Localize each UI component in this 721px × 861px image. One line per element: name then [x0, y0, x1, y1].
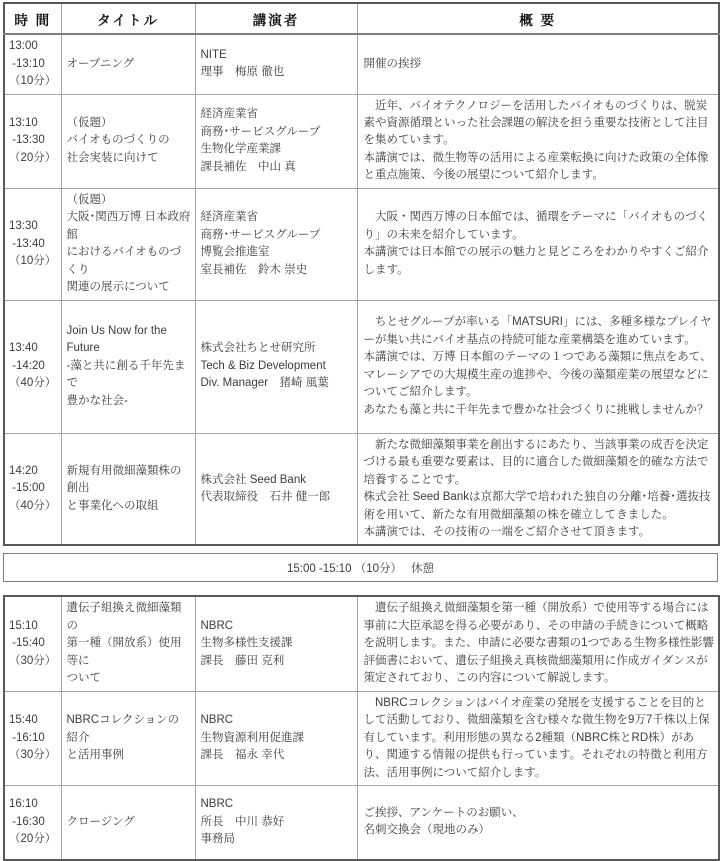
title-cell: NBRCコレクションの紹介 と活用事例 [61, 691, 195, 785]
header-title: タイトル [61, 3, 195, 34]
summary-cell: 開催の挨拶 [357, 34, 719, 94]
summary-cell: ご挨拶、アンケートのお願い、 名刺交換会（現地のみ） [357, 786, 719, 860]
session-row-chitose: 13:40 -14:20 （40分） Join Us Now for the F… [4, 300, 719, 433]
title-cell: オープニング [61, 34, 195, 94]
title-cell: （仮題） バイオものづくりの 社会実装に向けて [61, 94, 195, 188]
session-row-closing: 16:10 -16:30 （20分） クロージング NBRC 所長 中川 恭好 … [4, 786, 719, 860]
schedule-document: 時 間 タイトル 講演者 概 要 13:00 -13:10 （10分） オープニ… [0, 0, 721, 861]
time-cell: 16:10 -16:30 （20分） [4, 786, 61, 860]
summary-cell: 遺伝子組換え微細藻類を第一種（開放系）で使用等する場合には事前に大臣承認を得る必… [357, 596, 719, 691]
session-row-seedbank: 14:20 -15:00 （40分） 新規有用微細藻類株の創出 と事業化への取組… [4, 433, 719, 545]
time-cell: 13:30 -13:40 （10分） [4, 188, 61, 300]
title-cell: クロージング [61, 786, 195, 860]
speaker-cell: 株式会社 Seed Bank 代表取締役 石井 健一郎 [195, 433, 357, 545]
speaker-cell: 株式会社ちとせ研究所 Tech & Biz Development Div. M… [195, 300, 357, 433]
section-gap [3, 582, 718, 595]
summary-cell: NBRCコレクションはバイオ産業の発展を支援することを目的として活動しており、微… [357, 691, 719, 785]
break-row: 15:00 -15:10 （10分） 休憩 [3, 553, 718, 582]
summary-cell: 大阪・関西万博の日本館では、循環をテーマに「バイオものづくり」の未来を紹介してい… [357, 188, 719, 300]
speaker-cell: 経済産業省 商務･サービスグループ 博覧会推進室 室長補佐 鈴木 崇史 [195, 188, 357, 300]
speaker-cell: 経済産業省 商務･サービスグループ 生物化学産業課 課長補佐 中山 真 [195, 94, 357, 188]
time-cell: 15:10 -15:40 （30分） [4, 596, 61, 691]
schedule-table-morning: 時 間 タイトル 講演者 概 要 13:00 -13:10 （10分） オープニ… [3, 2, 720, 546]
speaker-cell: NBRC 所長 中川 恭好 事務局 [195, 786, 357, 860]
time-cell: 14:20 -15:00 （40分） [4, 433, 61, 545]
session-row-nbrc-collection: 15:40 -16:10 （30分） NBRCコレクションの紹介 と活用事例 N… [4, 691, 719, 785]
header-speaker: 講演者 [195, 3, 357, 34]
speaker-cell: NBRC 生物多様性支援課 課長 藤田 克利 [195, 596, 357, 691]
schedule-table-afternoon: 15:10 -15:40 （30分） 遺伝子組換え微細藻類の 第一種（開放系）使… [3, 595, 720, 860]
header-time: 時 間 [4, 3, 61, 34]
session-row-meti-policy: 13:10 -13:30 （20分） （仮題） バイオものづくりの 社会実装に向… [4, 94, 719, 188]
session-row-opening: 13:00 -13:10 （10分） オープニング NITE 理事 梅原 徹也 … [4, 34, 719, 94]
title-cell: （仮題） 大阪･関西万博 日本政府館 におけるバイオものづくり 関連の展示につい… [61, 188, 195, 300]
session-row-gmo-approval: 15:10 -15:40 （30分） 遺伝子組換え微細藻類の 第一種（開放系）使… [4, 596, 719, 691]
title-cell: 遺伝子組換え微細藻類の 第一種（開放系）使用等に ついて [61, 596, 195, 691]
title-cell: Join Us Now for the Future -藻と共に創る千年先まで … [61, 300, 195, 433]
speaker-cell: NBRC 生物資源利用促進課 課長 福永 幸代 [195, 691, 357, 785]
header-row: 時 間 タイトル 講演者 概 要 [4, 3, 719, 34]
speaker-cell: NITE 理事 梅原 徹也 [195, 34, 357, 94]
summary-cell: ちとせグループが率いる「MATSURI」には、多種多様なプレイヤーが集い共にバイ… [357, 300, 719, 433]
time-cell: 15:40 -16:10 （30分） [4, 691, 61, 785]
session-row-expo-exhibit: 13:30 -13:40 （10分） （仮題） 大阪･関西万博 日本政府館 にお… [4, 188, 719, 300]
title-cell: 新規有用微細藻類株の創出 と事業化への取組 [61, 433, 195, 545]
summary-cell: 近年、バイオテクノロジーを活用したバイオものづくりは、脱炭素や資源循環といった社… [357, 94, 719, 188]
header-summary: 概 要 [357, 3, 719, 34]
summary-cell: 新たな微細藻類事業を創出するにあたり、当該事業の成否を決定づける最も重要な要素は… [357, 433, 719, 545]
break-label: 15:00 -15:10 （10分） 休憩 [287, 560, 434, 576]
time-cell: 13:10 -13:30 （20分） [4, 94, 61, 188]
time-cell: 13:40 -14:20 （40分） [4, 300, 61, 433]
time-cell: 13:00 -13:10 （10分） [4, 34, 61, 94]
